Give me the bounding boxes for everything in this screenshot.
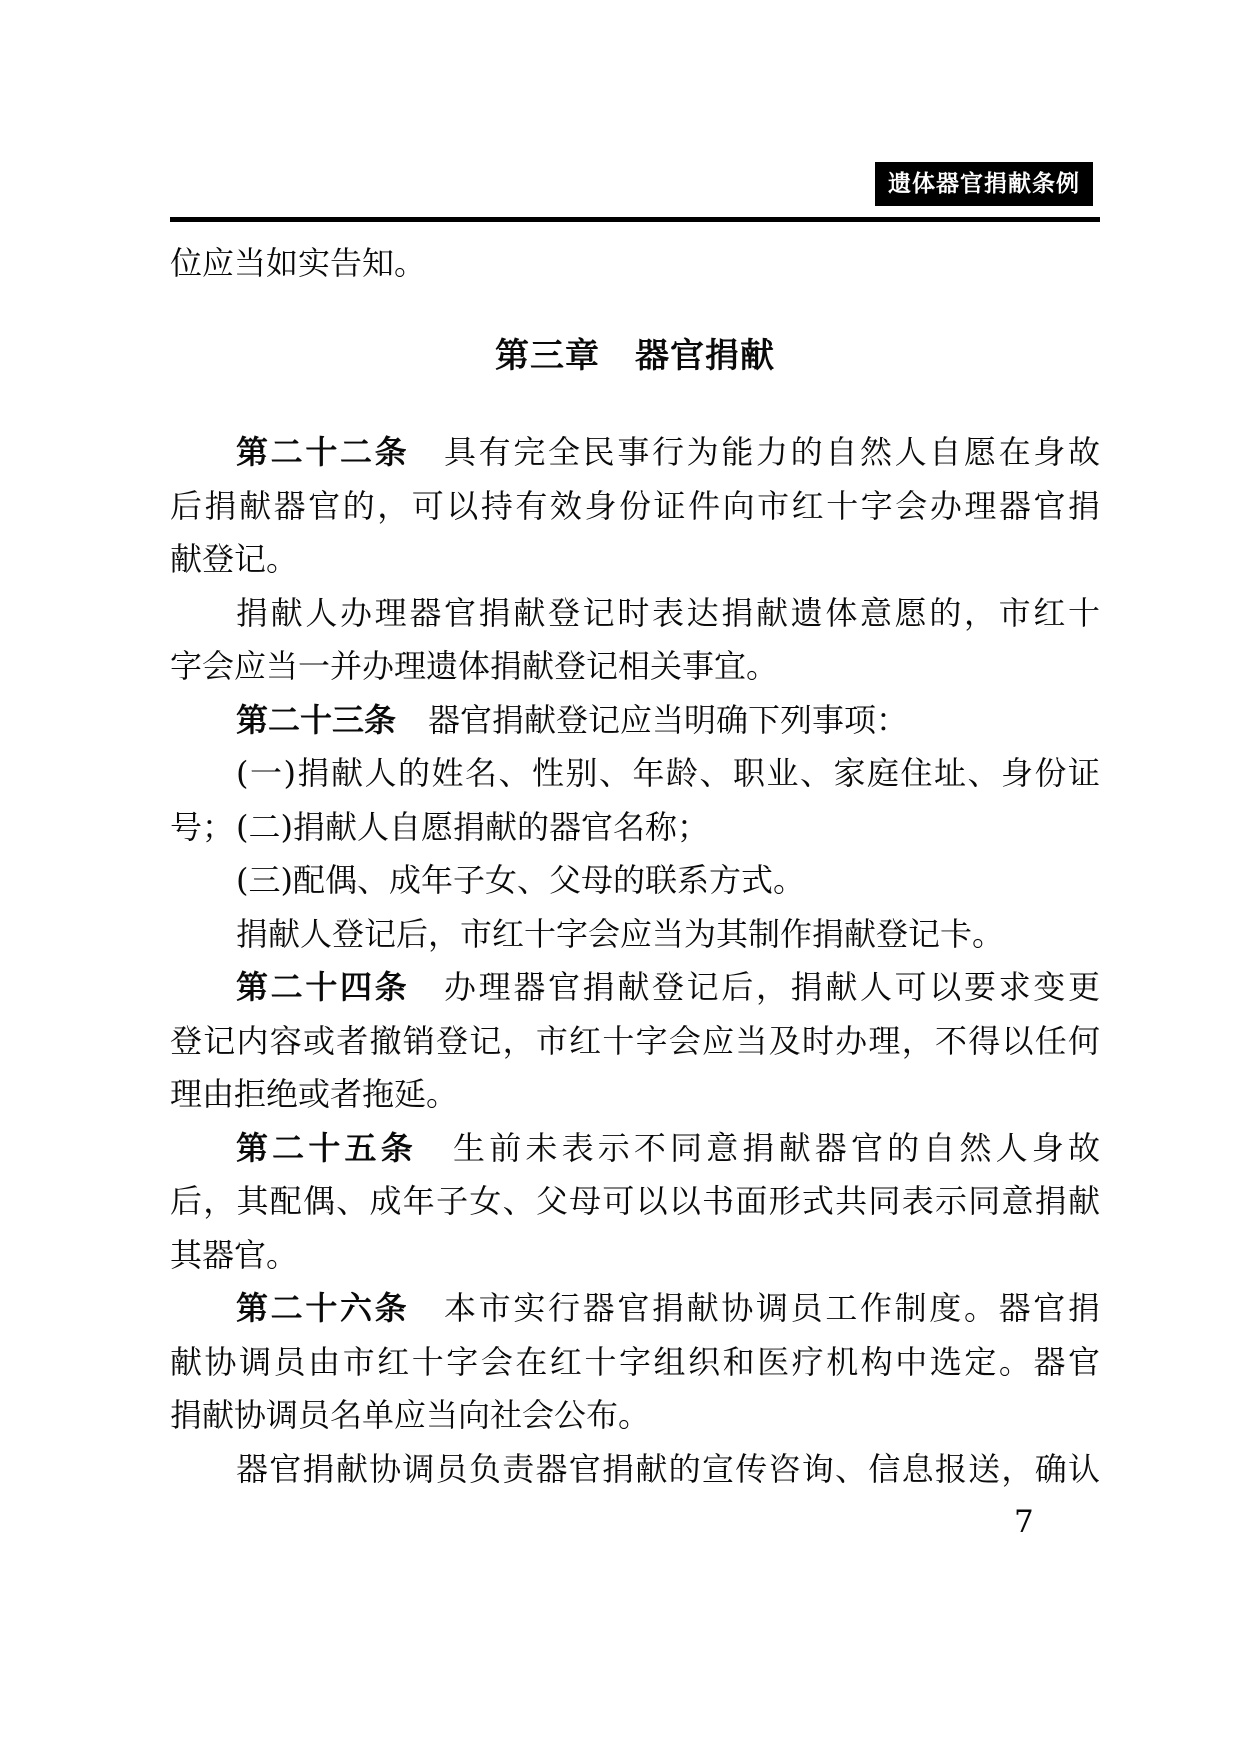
document-page: 遗体器官捐献条例 位应当如实告知。 第三章 器官捐献 第二十二条 具有完全民事行… (0, 0, 1240, 1754)
article-text: 生前未表示不同意捐献器官的自然人身故 (417, 1129, 1100, 1167)
article-text: 本市实行器官捐献协调员工作制度。器官捐 (409, 1289, 1100, 1327)
text-line: 第二十五条 生前未表示不同意捐献器官的自然人身故 (170, 1122, 1100, 1176)
text-line: 第二十二条 具有完全民事行为能力的自然人自愿在身故 (170, 426, 1100, 480)
article-number: 第二十三条 (236, 701, 396, 739)
text-line: 第二十三条 器官捐献登记应当明确下列事项： (170, 694, 1100, 748)
text-line: 登记内容或者撤销登记，市红十字会应当及时办理，不得以任何 (170, 1015, 1100, 1069)
text-line: 理由拒绝或者拖延。 (170, 1068, 1100, 1122)
article-number: 第二十六条 (236, 1289, 409, 1327)
text-line: 捐献人登记后，市红十字会应当为其制作捐献登记卡。 (170, 908, 1100, 962)
text-line: 器官捐献协调员负责器官捐献的宣传咨询、信息报送，确认 (170, 1443, 1100, 1497)
article-text: 器官捐献登记应当明确下列事项： (396, 701, 908, 739)
text-line: 捐献协调员名单应当向社会公布。 (170, 1389, 1100, 1443)
text-line: 献协调员由市红十字会在红十字组织和医疗机构中选定。器官 (170, 1336, 1100, 1390)
header-tab: 遗体器官捐献条例 (875, 162, 1093, 206)
text-line: (二)捐献人自愿捐献的器官名称； (170, 801, 1100, 855)
article-number: 第二十二条 (236, 433, 409, 471)
text-line: 其器官。 (170, 1229, 1100, 1283)
text-line: 捐献人办理器官捐献登记时表达捐献遗体意愿的，市红十 (170, 587, 1100, 641)
text-line: 献登记。 (170, 533, 1100, 587)
text-line: (三)配偶、成年子女、父母的联系方式。 (170, 854, 1100, 908)
continuation-line: 位应当如实告知。 (170, 240, 1100, 286)
text-line: 字会应当一并办理遗体捐献登记相关事宜。 (170, 640, 1100, 694)
text-line: 后捐献器官的，可以持有效身份证件向市红十字会办理器官捐 (170, 480, 1100, 534)
header-rule (170, 217, 1100, 222)
text-line: 第二十六条 本市实行器官捐献协调员工作制度。器官捐 (170, 1282, 1100, 1336)
article-number: 第二十五条 (236, 1129, 417, 1167)
article-text: 具有完全民事行为能力的自然人自愿在身故 (409, 433, 1100, 471)
page-number: 7 (1014, 1500, 1034, 1544)
text-line: 第二十四条 办理器官捐献登记后，捐献人可以要求变更 (170, 961, 1100, 1015)
article-text: 办理器官捐献登记后，捐献人可以要求变更 (409, 968, 1100, 1006)
body-text: 第二十二条 具有完全民事行为能力的自然人自愿在身故后捐献器官的，可以持有效身份证… (170, 426, 1100, 1496)
text-line: (一)捐献人的姓名、性别、年龄、职业、家庭住址、身份证号； (170, 747, 1100, 801)
article-number: 第二十四条 (236, 968, 409, 1006)
text-line: 后，其配偶、成年子女、父母可以以书面形式共同表示同意捐献 (170, 1175, 1100, 1229)
chapter-heading: 第三章 器官捐献 (170, 334, 1100, 378)
